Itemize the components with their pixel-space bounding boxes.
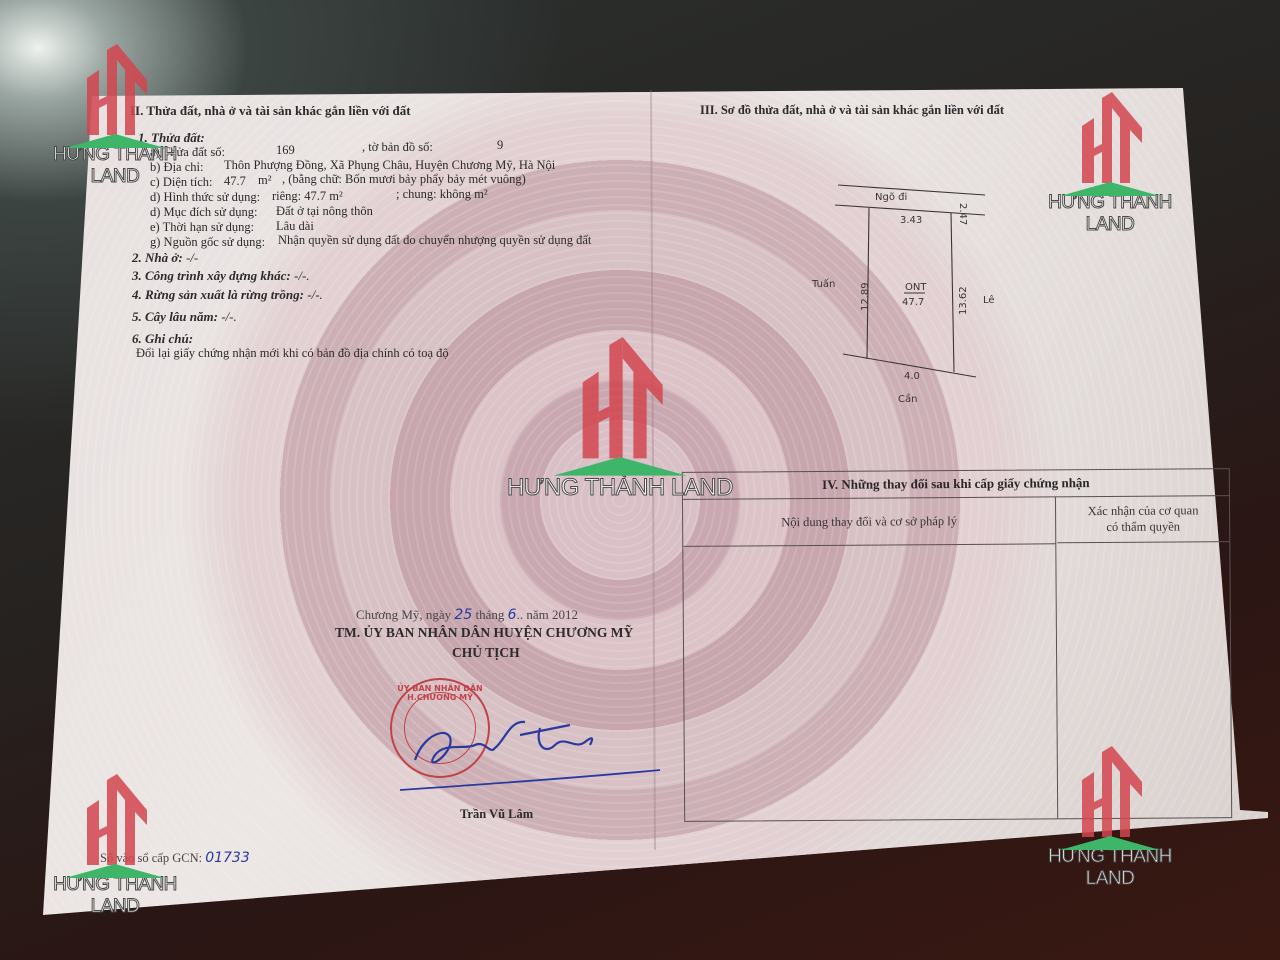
- sketch-top-offset: 2.47: [957, 203, 968, 225]
- origin-value: Nhận quyền sử dụng đất do chuyển nhượng …: [278, 233, 591, 248]
- signer-name: Trần Vũ Lâm: [460, 807, 533, 822]
- ht-logo-icon: [540, 330, 700, 480]
- sketch-left-edge: 12.89: [860, 282, 871, 311]
- watermark-brand: HƯNG THÀNH LAND: [1025, 846, 1195, 890]
- map-sheet-label: , tờ bản đồ số:: [362, 140, 433, 155]
- area-unit: m²: [258, 173, 271, 188]
- term-label: e) Thời hạn sử dụng:: [150, 220, 254, 235]
- parcel-sketch: Ngõ đi 3.43 2.47 12.89 13.62 ONT 47.7 4.…: [800, 175, 1020, 405]
- signing-date: Chương Mỹ, ngày 25 tháng 6.. năm 2012: [356, 607, 578, 623]
- sketch-west-neighbor: Tuấn: [811, 278, 835, 290]
- watermark-logo-top-left: HƯNG THÀNH LAND: [30, 40, 200, 188]
- ht-logo-icon: [55, 770, 175, 880]
- item-perennial-trees: 5. Cây lâu năm: -/-.: [132, 309, 237, 325]
- watermark-logo-bottom-left: HƯNG THÀNH LAND: [30, 770, 200, 918]
- purpose-value: Đất ở tại nông thôn: [276, 204, 373, 219]
- item-house: 2. Nhà ở: -/-: [132, 250, 198, 266]
- changes-col-confirmation: Xác nhận của cơ quan có thẩm quyền: [1057, 496, 1229, 543]
- area-value: 47.7: [224, 174, 246, 189]
- sketch-right-edge: 13.62: [958, 286, 969, 315]
- sketch-east-neighbor: Lê: [983, 294, 995, 306]
- usage-shared: ; chung: không m²: [396, 187, 488, 202]
- watermark-logo-bottom-right: HƯNG THÀNH LAND: [1025, 742, 1195, 890]
- section-iii-title: III. Sơ đồ thửa đất, nhà ở và tài sản kh…: [700, 103, 1004, 118]
- term-value: Lâu dài: [276, 219, 314, 234]
- purpose-label: d) Mục đích sử dụng:: [150, 205, 257, 220]
- watermark-logo-top-right: HƯNG THÀNH LAND: [1025, 88, 1195, 236]
- signing-day: 25: [454, 607, 472, 623]
- usage-private: riêng: 47.7 m²: [272, 189, 343, 204]
- watermark-brand: HƯNG THÀNH LAND: [30, 144, 200, 188]
- changes-table-title: IV. Những thay đổi sau khi cấp giấy chứn…: [683, 469, 1229, 500]
- signing-month: 6: [508, 607, 517, 623]
- watermark-brand: HƯNG THÀNH LAND: [1025, 192, 1195, 236]
- note-label: 6. Ghi chú:: [132, 331, 193, 347]
- sketch-land-code: ONT: [905, 282, 927, 293]
- item-other-construction: 3. Công trình xây dựng khác: -/-.: [132, 268, 310, 284]
- sketch-top-road: Ngõ đi: [875, 192, 907, 203]
- signer-role: CHỦ TỊCH: [452, 645, 520, 661]
- changes-col-content: Nội dung thay đổi và cơ sở pháp lý: [683, 497, 1056, 547]
- map-sheet-no: 9: [497, 138, 503, 153]
- origin-label: g) Nguồn gốc sử dụng:: [150, 235, 265, 250]
- changes-table-body: [683, 544, 1058, 821]
- usage-form-label: d) Hình thức sử dụng:: [150, 190, 260, 205]
- ht-logo-icon: [55, 40, 175, 150]
- sketch-area: 47.7: [902, 297, 924, 308]
- address-value: Thôn Phượng Đồng, Xã Phụng Châu, Huyện C…: [224, 158, 555, 173]
- parcel-no: 169: [276, 143, 295, 158]
- sketch-bottom-edge: 4.0: [904, 371, 920, 382]
- sketch-south-neighbor: Cần: [898, 393, 917, 405]
- watermark-logo-center: HƯNG THÀNH LAND: [505, 330, 735, 502]
- ht-logo-icon: [1050, 88, 1170, 198]
- note-text: Đổi lại giấy chứng nhận mới khi có bản đ…: [136, 346, 449, 361]
- issuing-organization: TM. ỦY BAN NHÂN DÂN HUYỆN CHƯƠNG MỸ: [335, 625, 633, 641]
- signature: [395, 700, 665, 795]
- sketch-top-edge: 3.43: [900, 215, 922, 226]
- area-words: , (bằng chữ: Bốn mươi bảy phẩy bảy mét v…: [282, 172, 526, 187]
- ht-logo-icon: [1050, 742, 1170, 852]
- item-planted-forest: 4. Rừng sản xuất là rừng trồng: -/-.: [132, 287, 323, 303]
- gcn-number: 01733: [205, 850, 250, 866]
- watermark-brand: HƯNG THÀNH LAND: [30, 874, 200, 918]
